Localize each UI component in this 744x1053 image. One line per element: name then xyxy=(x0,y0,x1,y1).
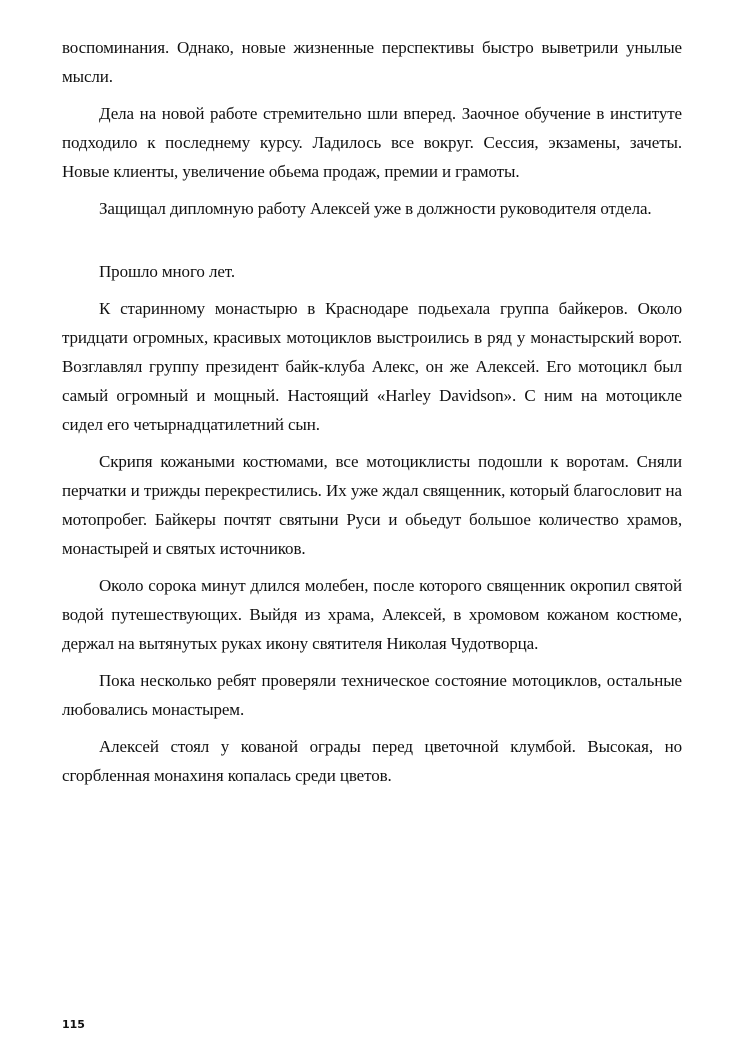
paragraph-prayer-service: Около сорока минут длился молебен, после… xyxy=(62,571,682,658)
page-number: 115 xyxy=(62,1018,85,1031)
paragraph-diploma: Защищал дипломную работу Алексей уже в д… xyxy=(62,194,682,223)
paragraph-continuation: воспоминания. Однако, новые жизненные пе… xyxy=(62,33,682,91)
paragraph-nun: Алексей стоял у кованой ограды перед цве… xyxy=(62,732,682,790)
document-page: воспоминания. Однако, новые жизненные пе… xyxy=(62,33,682,798)
paragraph-new-job: Дела на новой работе стремительно шли вп… xyxy=(62,99,682,186)
paragraph-blessing: Скрипя кожаными костюмами, все мотоцикли… xyxy=(62,447,682,563)
section-break xyxy=(62,231,682,257)
paragraph-bikers-arrive: К старинному монастырю в Краснодаре подь… xyxy=(62,294,682,439)
paragraph-checking-bikes: Пока несколько ребят проверяли техническ… xyxy=(62,666,682,724)
paragraph-years-passed: Прошло много лет. xyxy=(62,257,682,286)
